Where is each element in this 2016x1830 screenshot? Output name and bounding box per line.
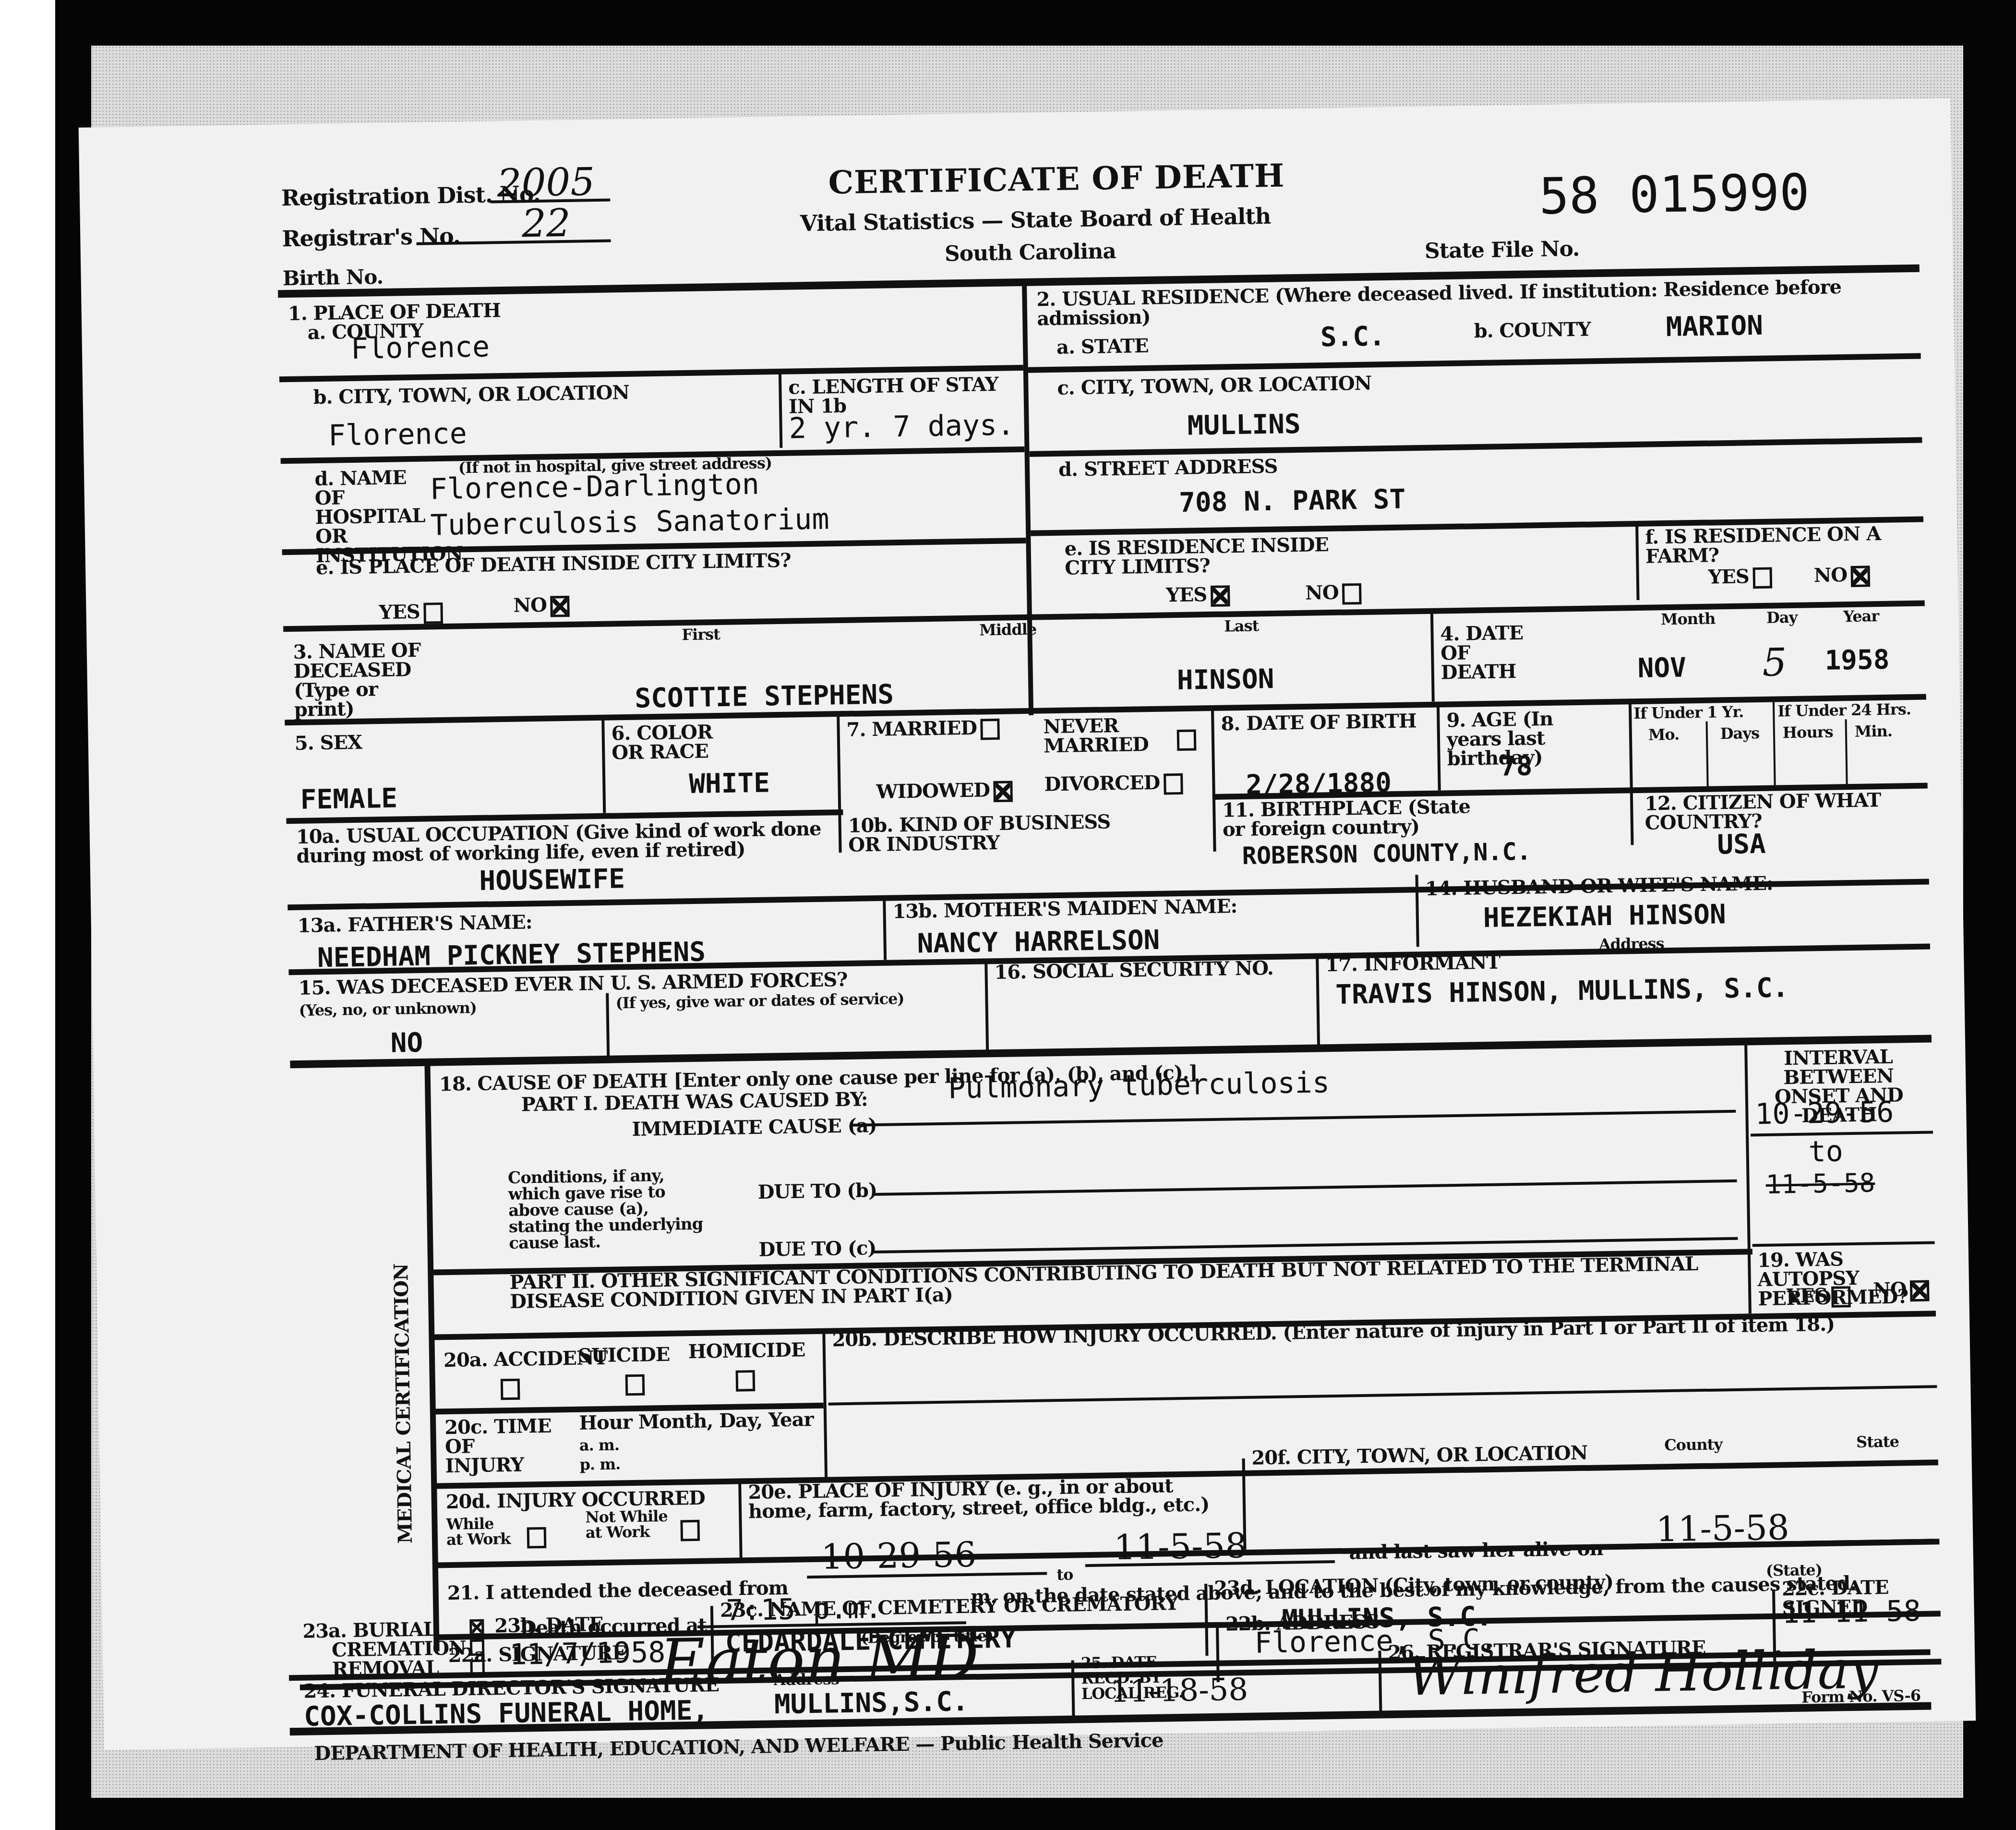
death-month: NOV — [1637, 654, 1686, 682]
dob-label: 8. DATE OF BIRTH — [1221, 711, 1416, 734]
divider — [883, 898, 887, 960]
time-columns: Hour Month, Day, Year — [579, 1410, 814, 1433]
armed-forces-sub2: (If yes, give war or dates of service) — [615, 991, 904, 1011]
suicide-checkbox[interactable] — [625, 1374, 645, 1396]
informant-label: 17. INFORMANT — [1325, 953, 1500, 975]
length-of-stay-value: 2 yr. 7 days. — [789, 410, 1014, 443]
place-of-injury-label: 20e. PLACE OF INJURY (e. g., in or about… — [748, 1476, 1228, 1522]
certificate-subtitle: Vital Statistics — State Board of Health — [800, 205, 1271, 234]
conditions-note: Conditions, if any, which gave rise to a… — [508, 1167, 711, 1252]
death-day: 5 — [1762, 643, 1787, 682]
underline — [873, 1180, 1737, 1196]
farm-no[interactable]: NO — [1813, 565, 1870, 588]
while-at-work-checkbox[interactable] — [527, 1527, 547, 1549]
time-of-injury-label: 20c. TIME OF INJURY — [444, 1417, 556, 1476]
birthplace-label: 11. BIRTHPLACE (State or foreign country… — [1222, 797, 1491, 840]
age-value: 78 — [1500, 753, 1533, 780]
date-of-death-label: 4. DATE OF DEATH — [1440, 624, 1527, 683]
first-label: First — [682, 626, 720, 642]
last-label: Last — [1224, 618, 1259, 634]
interval-to: 11-5-58 — [1765, 1170, 1875, 1198]
homicide-label: HOMICIDE — [688, 1340, 805, 1361]
res-state-value: S.C. — [1320, 323, 1385, 351]
under-24hr-label: If Under 24 Hrs. — [1777, 701, 1911, 719]
race-label: 6. COLOR OR RACE — [611, 722, 722, 763]
part2-label: PART II. OTHER SIGNIFICANT CONDITIONS CO… — [509, 1254, 1739, 1312]
spouse-value: HEZEKIAH HINSON — [1483, 901, 1726, 932]
citizen-value: USA — [1717, 831, 1766, 859]
underline — [1752, 1241, 1935, 1247]
deceased-first-middle: SCOTTIE STEPHENS — [635, 681, 894, 712]
middle-label: Middle — [979, 622, 1036, 638]
divider — [1430, 611, 1435, 702]
state-file-number: 58 015990 — [1538, 163, 1810, 226]
cremation-checkbox[interactable] — [470, 1639, 485, 1656]
res-city-label: c. CITY, TOWN, OR LOCATION — [1057, 374, 1371, 398]
form-number: Form No. VS-6 — [1801, 1688, 1921, 1705]
mother-value: NANCY HARRELSON — [917, 927, 1160, 958]
birth-no-label: Birth No. — [282, 267, 383, 289]
death-city-label: b. CITY, TOWN, OR LOCATION — [313, 383, 629, 407]
divider — [601, 717, 606, 813]
informant-value: TRAVIS HINSON, MULLINS, S.C. — [1335, 975, 1789, 1009]
medical-certification-label: MEDICAL CERTIFICATION — [392, 1264, 415, 1544]
birthplace-value: ROBERSON COUNTY,N.C. — [1242, 839, 1531, 867]
sex-label: 5. SEX — [295, 733, 362, 753]
divider — [1211, 708, 1216, 852]
divider — [1071, 1660, 1075, 1718]
never-married-checkbox[interactable] — [1177, 729, 1197, 751]
interval-from: 10-29-56 — [1755, 1098, 1894, 1129]
divider — [1706, 722, 1709, 789]
pm-label: p. m. — [579, 1456, 620, 1472]
attended-from: 10-29-56 — [821, 1537, 977, 1574]
underline — [852, 1110, 1736, 1127]
res-city-value: MULLINS — [1187, 411, 1301, 440]
divider — [1415, 875, 1419, 947]
cemetery-value: CEDARDALE CEMETERY — [725, 1625, 1017, 1657]
married-checkbox[interactable] — [981, 719, 1000, 740]
burial-checkbox[interactable] — [469, 1619, 484, 1636]
hospital-value-2: Tuberculosis Sanatorium — [430, 505, 829, 540]
divorced-checkbox[interactable] — [1164, 773, 1183, 795]
street-value: 708 N. PARK ST — [1179, 486, 1406, 517]
divider — [1773, 701, 1776, 787]
divorced-option[interactable]: DIVORCED — [1044, 773, 1183, 797]
divider — [710, 1606, 714, 1668]
burial-location-value: MULLINS, S.C. — [1282, 1603, 1492, 1634]
part1-label: PART I. DEATH WAS CAUSED BY: — [521, 1090, 867, 1114]
underline — [828, 1385, 1937, 1405]
street-label: d. STREET ADDRESS — [1058, 457, 1278, 480]
race-value: WHITE — [689, 770, 770, 798]
to-label: to — [1056, 1567, 1073, 1583]
year-label: Year — [1843, 608, 1879, 624]
due-to-c-label: DUE TO (c) — [758, 1239, 876, 1260]
yes-checkbox[interactable] — [1831, 1286, 1851, 1308]
burial-section: 23a. BURIAL CREMATION REMOVAL 23b. DATE … — [91, 1596, 1966, 1817]
widowed-checkbox[interactable] — [994, 781, 1013, 802]
armed-forces-value: NO — [390, 1030, 423, 1057]
immediate-cause-value: Pulmonary tuberculosis — [948, 1068, 1330, 1103]
armed-forces-sub1: (Yes, no, or unknown) — [299, 1000, 477, 1018]
funeral-address-value: MULLINS,S.C. — [774, 1688, 969, 1718]
res-inside-yes[interactable]: YES — [1166, 585, 1230, 607]
not-while-at-work: Not While at Work — [585, 1508, 672, 1541]
divider — [606, 993, 610, 1060]
column-divider — [1022, 283, 1033, 715]
res-county-label: b. COUNTY — [1474, 320, 1591, 341]
res-county-value: MARION — [1666, 313, 1763, 341]
informant-address-label: Address — [1599, 936, 1664, 952]
department-footer: DEPARTMENT OF HEALTH, EDUCATION, AND WEL… — [314, 1731, 1164, 1764]
registrars-no-value: 22 — [521, 204, 571, 243]
occupation-label: 10a. USUAL OCCUPATION (Give kind of work… — [296, 819, 829, 866]
burial-date-value: 11/7/1958 — [509, 1638, 666, 1669]
yes-checkbox[interactable] — [423, 602, 443, 624]
mother-label: 13b. MOTHER'S MAIDEN NAME: — [892, 897, 1237, 921]
accident-checkbox[interactable] — [501, 1379, 520, 1400]
days-label: Days — [1720, 725, 1760, 741]
farm-yes[interactable]: YES — [1708, 567, 1773, 590]
rule — [1028, 353, 1921, 373]
rule — [1030, 437, 1922, 457]
divider — [1437, 704, 1441, 790]
yes-checkbox[interactable] — [1752, 567, 1772, 589]
scanned-paper: MARGIN RESERVED FOR BINDING N. B. — WRIT… — [91, 46, 1963, 1798]
res-inside-no[interactable]: NO — [1305, 583, 1362, 605]
inside-city-no[interactable]: NO — [513, 595, 570, 618]
no-checkbox[interactable] — [1910, 1280, 1930, 1302]
death-year: 1958 — [1824, 647, 1890, 674]
divider — [984, 961, 989, 1052]
autopsy-no[interactable]: NO — [1873, 1280, 1930, 1302]
attended-to: 11-5-58 — [1114, 1528, 1248, 1565]
mo-label: Mo. — [1648, 727, 1680, 743]
farm-label: f. IS RESIDENCE ON A FARM? — [1645, 524, 1914, 566]
suicide-label: SUICIDE — [578, 1345, 670, 1366]
cemetery-label: 23c. NAME OF CEMETERY OR CREMATORY — [720, 1594, 1179, 1620]
deceased-last: HINSON — [1177, 666, 1274, 694]
last-saw-label: and last saw her alive on — [1349, 1539, 1603, 1562]
divider — [1635, 523, 1640, 600]
homicide-checkbox[interactable] — [736, 1370, 756, 1392]
immediate-cause-label: IMMEDIATE CAUSE (a) — [632, 1116, 877, 1139]
hours-label: Hours — [1783, 724, 1833, 741]
occupation-value: HOUSEWIFE — [479, 866, 625, 895]
divider — [1316, 955, 1320, 1047]
no-checkbox[interactable] — [1851, 566, 1871, 587]
injury-city-label: 20f. CITY, TOWN, OR LOCATION — [1251, 1444, 1587, 1468]
never-married-option[interactable]: NEVER MARRIED — [1043, 716, 1154, 756]
widowed-option[interactable]: WIDOWED — [876, 780, 1013, 804]
month-label: Month — [1661, 611, 1716, 627]
certificate-title: CERTIFICATE OF DEATH — [828, 157, 1285, 201]
father-label: 13a. FATHER'S NAME: — [298, 913, 532, 936]
interval-to-word: to — [1808, 1137, 1843, 1166]
divider — [837, 713, 842, 853]
divider — [1845, 719, 1848, 786]
inside-city-label: e. IS PLACE OF DEATH INSIDE CITY LIMITS? — [316, 551, 791, 578]
death-city-value: Florence — [328, 419, 467, 450]
divider — [1744, 1045, 1752, 1313]
res-state-label: a. STATE — [1056, 337, 1149, 357]
autopsy-yes[interactable]: YES — [1787, 1286, 1851, 1308]
married-option[interactable]: 7. MARRIED — [846, 718, 1000, 742]
res-inside-city-label: e. IS RESIDENCE INSIDE CITY LIMITS? — [1064, 534, 1377, 578]
divider — [738, 1481, 743, 1563]
state-name: South Carolina — [945, 241, 1116, 265]
due-to-b-label: DUE TO (b) — [757, 1181, 877, 1202]
spouse-label: 14. HUSBAND OR WIFE'S NAME: — [1425, 874, 1773, 899]
yes-checkbox[interactable] — [1211, 585, 1230, 607]
day-label: Day — [1766, 610, 1798, 626]
registrars-no-label: Registrar's No. — [282, 225, 460, 250]
divider — [1629, 701, 1634, 845]
death-county-value: Florence — [351, 332, 490, 363]
registration-dist-value: 2005 — [497, 163, 595, 203]
burial-date-label: 23b. DATE — [494, 1615, 603, 1636]
injury-state-label: State — [1856, 1434, 1899, 1450]
not-while-at-work-checkbox[interactable] — [680, 1520, 700, 1541]
ssn-label: 16. SOCIAL SECURITY NO. — [994, 959, 1273, 982]
am-label: a. m. — [579, 1437, 620, 1453]
sex-value: FEMALE — [300, 785, 397, 814]
while-at-work: While at Work — [446, 1516, 514, 1547]
no-checkbox[interactable] — [551, 596, 570, 617]
inside-city-yes[interactable]: YES — [379, 602, 443, 625]
divider — [779, 371, 783, 448]
burial-location-state-label: (State) — [1766, 1562, 1823, 1578]
citizen-label: 12. CITIZEN OF WHAT COUNTRY? — [1644, 791, 1885, 833]
min-label: Min. — [1855, 723, 1892, 739]
deceased-name-label: 3. NAME OF DECEASED (Type or print) — [293, 640, 438, 720]
date-recd-value: 11-18-58 — [1110, 1674, 1248, 1708]
certificate-form: Registration Dist. No. 2005 Registrar's … — [79, 98, 1976, 1750]
business-label: 10b. KIND OF BUSINESS OR INDUSTRY — [848, 812, 1117, 855]
funeral-address-label: Address — [774, 1671, 839, 1687]
hospital-value-1: Florence-Darlington — [430, 470, 759, 504]
under-1yr-label: If Under 1 Yr. — [1633, 704, 1744, 722]
describe-injury-label: 20b. DESCRIBE HOW INJURY OCCURRED. (Ente… — [832, 1313, 1936, 1349]
injury-county-label: County — [1664, 1436, 1722, 1453]
state-file-label: State File No. — [1425, 239, 1580, 262]
no-checkbox[interactable] — [1342, 583, 1362, 605]
